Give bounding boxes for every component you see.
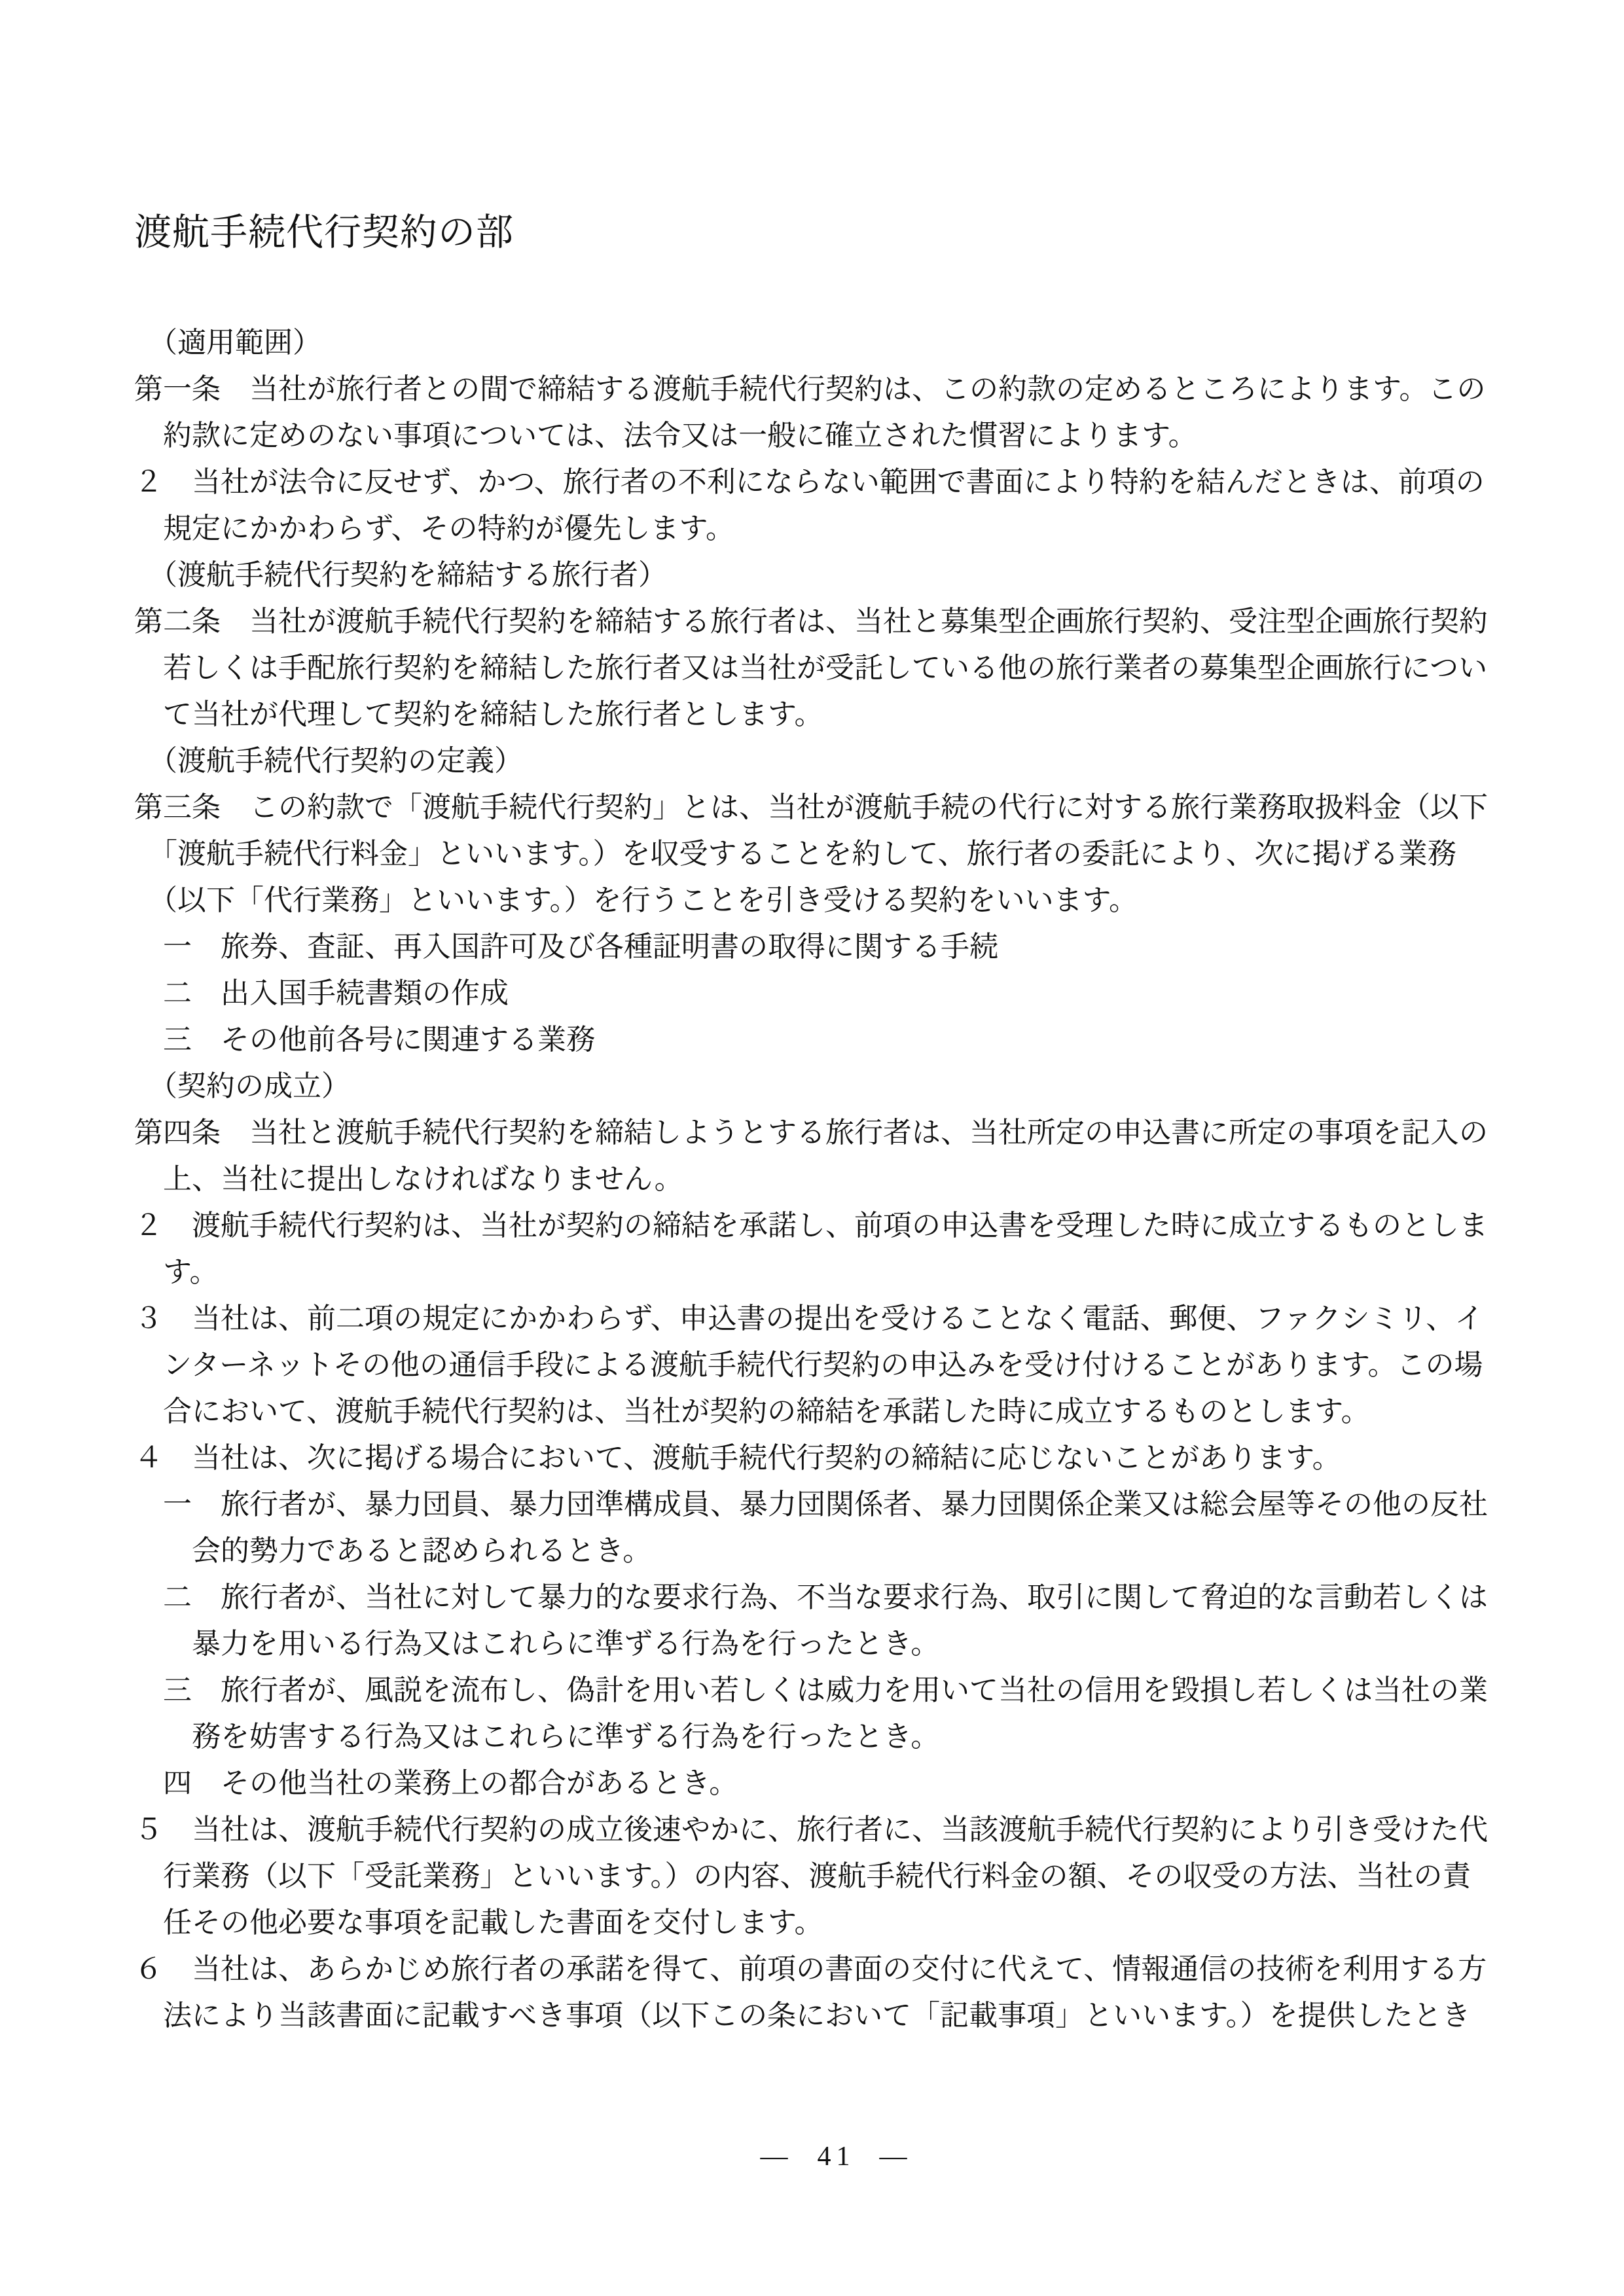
article-3-line: 「渡航手続代行料金」といいます。）を収受することを約して、旅行者の委託により、次… xyxy=(134,831,1515,877)
document-page: 渡航手続代行契約の部 （適用範囲） 第一条 当社が旅行者との間で締結する渡航手続… xyxy=(0,0,1624,2296)
article-4-paragraph-2-line: す。 xyxy=(134,1249,1515,1295)
article-4-paragraph-4-item-3: 三 旅行者が、風説を流布し、偽計を用い若しくは威力を用いて当社の信用を毀損し若し… xyxy=(134,1667,1515,1713)
article-4-paragraph-5-line: 任その他必要な事項を記載した書面を交付します。 xyxy=(134,1899,1515,1946)
article-4-paragraph-6-line: ６ 当社は、あらかじめ旅行者の承諾を得て、前項の書面の交付に代えて、情報通信の技… xyxy=(134,1946,1515,1992)
article-4-paragraph-4-item-2: 暴力を用いる行為又はこれらに準ずる行為を行ったとき。 xyxy=(134,1621,1515,1667)
page-number: — 41 — xyxy=(761,2142,912,2172)
document-body: （適用範囲） 第一条 当社が旅行者との間で締結する渡航手続代行契約は、この約款の… xyxy=(134,319,1515,2039)
article-3-line: 第三条 この約款で「渡航手続代行契約」とは、当社が渡航手続の代行に対する旅行業務… xyxy=(134,784,1515,831)
article-2-line: 若しくは手配旅行契約を締結した旅行者又は当社が受託している他の旅行業者の募集型企… xyxy=(134,645,1515,691)
article-2-line: て当社が代理して契約を締結した旅行者とします。 xyxy=(134,691,1515,738)
article-2-line: 第二条 当社が渡航手続代行契約を締結する旅行者は、当社と募集型企画旅行契約、受注… xyxy=(134,598,1515,645)
section-heading: （渡航手続代行契約を締結する旅行者） xyxy=(134,552,1515,598)
article-3-line: （以下「代行業務」といいます。）を行うことを引き受ける契約をいいます。 xyxy=(134,877,1515,924)
section-heading: （渡航手続代行契約の定義） xyxy=(134,738,1515,784)
article-4-line: 第四条 当社と渡航手続代行契約を締結しようとする旅行者は、当社所定の申込書に所定… xyxy=(134,1109,1515,1156)
page-title: 渡航手続代行契約の部 xyxy=(134,212,514,254)
article-4-paragraph-5-line: 行業務（以下「受託業務」といいます。）の内容、渡航手続代行料金の額、その収受の方… xyxy=(134,1853,1515,1899)
article-4-paragraph-4-item-1: 会的勢力であると認められるとき。 xyxy=(134,1528,1515,1574)
article-3-item-3: 三 その他前各号に関連する業務 xyxy=(134,1016,1515,1063)
article-4-paragraph-2-line: ２ 渡航手続代行契約は、当社が契約の締結を承諾し、前項の申込書を受理した時に成立… xyxy=(134,1202,1515,1249)
article-4-paragraph-4-item-3: 務を妨害する行為又はこれらに準ずる行為を行ったとき。 xyxy=(134,1713,1515,1760)
article-3-item-1: 一 旅券、査証、再入国許可及び各種証明書の取得に関する手続 xyxy=(134,924,1515,970)
article-4-paragraph-4-item-2: 二 旅行者が、当社に対して暴力的な要求行為、不当な要求行為、取引に関して脅迫的な… xyxy=(134,1574,1515,1621)
article-4-paragraph-3-line: ３ 当社は、前二項の規定にかかわらず、申込書の提出を受けることなく電話、郵便、フ… xyxy=(134,1295,1515,1342)
article-4-paragraph-6-line: 法により当該書面に記載すべき事項（以下この条において「記載事項」といいます。）を… xyxy=(134,1992,1515,2039)
article-1-paragraph-2-line: ２ 当社が法令に反せず、かつ、旅行者の不利にならない範囲で書面により特約を結んだ… xyxy=(134,459,1515,505)
article-4-paragraph-5-line: ５ 当社は、渡航手続代行契約の成立後速やかに、旅行者に、当該渡航手続代行契約によ… xyxy=(134,1806,1515,1853)
article-1-paragraph-2-line: 規定にかかわらず、その特約が優先します。 xyxy=(134,505,1515,552)
article-3-item-2: 二 出入国手続書類の作成 xyxy=(134,970,1515,1016)
article-4-paragraph-4-line: ４ 当社は、次に掲げる場合において、渡航手続代行契約の締結に応じないことがありま… xyxy=(134,1435,1515,1481)
article-1-line: 約款に定めのない事項については、法令又は一般に確立された慣習によります。 xyxy=(134,412,1515,459)
article-4-paragraph-3-line: 合において、渡航手続代行契約は、当社が契約の締結を承諾した時に成立するものとしま… xyxy=(134,1388,1515,1435)
article-1-line: 第一条 当社が旅行者との間で締結する渡航手続代行契約は、この約款の定めるところに… xyxy=(134,366,1515,412)
article-4-paragraph-4-item-1: 一 旅行者が、暴力団員、暴力団準構成員、暴力団関係者、暴力団関係企業又は総会屋等… xyxy=(134,1481,1515,1528)
article-4-paragraph-4-item-4: 四 その他当社の業務上の都合があるとき。 xyxy=(134,1760,1515,1806)
section-heading: （契約の成立） xyxy=(134,1063,1515,1109)
article-4-paragraph-3-line: ンターネットその他の通信手段による渡航手続代行契約の申込みを受け付けることがあり… xyxy=(134,1342,1515,1388)
article-4-line: 上、当社に提出しなければなりません。 xyxy=(134,1156,1515,1202)
section-heading: （適用範囲） xyxy=(134,319,1515,366)
page-footer: — 41 — xyxy=(0,2108,1624,2206)
